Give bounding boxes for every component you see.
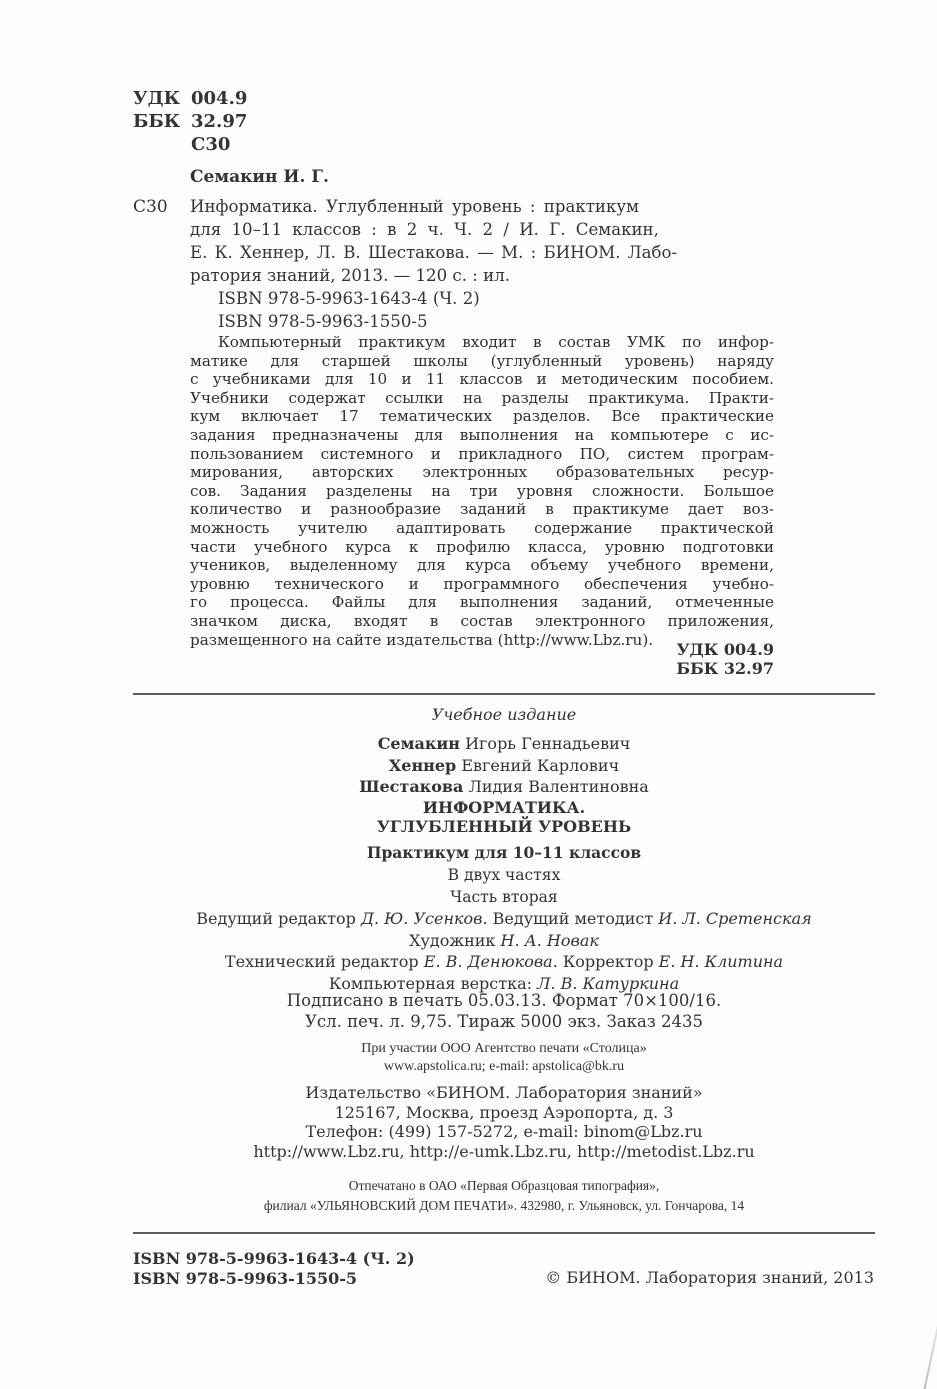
credit-role: Технический редактор xyxy=(225,952,419,971)
footer-isbn-list: ISBN 978-5-9963-1643-4 (Ч. 2) ISBN 978-5… xyxy=(133,1249,415,1289)
catalog-code: С30 xyxy=(133,197,168,217)
abstract-line: учеников, выделенному для курса объему у… xyxy=(190,556,774,575)
abstract-line: уровню технического и программного обесп… xyxy=(190,575,774,594)
classification-block: УДК004.9 ББК32.97 С30 xyxy=(133,87,247,156)
credit-name: Е. Н. Клитина xyxy=(659,952,783,971)
credits: Ведущий редактор Д. Ю. Усенков. Ведущий … xyxy=(133,908,875,994)
bbk-row: ББК32.97 xyxy=(133,110,247,133)
author-given-names: Лидия Валентиновна xyxy=(468,777,648,796)
agency-line: www.apstolica.ru; e-mail: apstolica@bk.r… xyxy=(133,1058,875,1076)
isbn-line: ISBN 978-5-9963-1550-5 xyxy=(133,1269,415,1289)
credits-line: Ведущий редактор Д. Ю. Усенков. Ведущий … xyxy=(133,908,875,930)
author-surname: Семакин xyxy=(378,734,460,753)
bib-line: Е. К. Хеннер, Л. В. Шестакова. — М. : БИ… xyxy=(190,241,774,264)
author-surname: Хеннер xyxy=(389,756,456,775)
agency-line: При участии ООО Агентство печати «Столиц… xyxy=(133,1040,875,1058)
credit-role: Ведущий редактор xyxy=(196,909,356,928)
catalog-isbn-list: ISBN 978-5-9963-1643-4 (Ч. 2) ISBN 978-5… xyxy=(218,287,480,333)
credit-role: Корректор xyxy=(563,952,654,971)
bbk-label: ББК xyxy=(133,110,191,133)
part-number: Часть вторая xyxy=(133,886,875,908)
print-info-line: Усл. печ. л. 9,75. Тираж 5000 экз. Заказ… xyxy=(133,1011,875,1032)
abstract-line: мирования, авторских электронных образов… xyxy=(190,463,774,482)
edition-type: Учебное издание xyxy=(133,705,875,724)
bib-line: Информатика. Углубленный уровень : практ… xyxy=(190,195,774,218)
title-line: ИНФОРМАТИКА. xyxy=(133,798,875,817)
print-info-line: Подписано в печать 05.03.13. Формат 70×1… xyxy=(133,990,875,1011)
abstract-line: значком диска, входят в состав электронн… xyxy=(190,612,774,631)
udk-bottom: УДК 004.9 xyxy=(676,640,774,659)
print-info: Подписано в печать 05.03.13. Формат 70×1… xyxy=(133,990,875,1032)
credits-line: Технический редактор Е. В. Денюкова. Кор… xyxy=(133,951,875,973)
publisher-contacts: Телефон: (499) 157-5272, e-mail: binom@L… xyxy=(133,1122,875,1142)
printer-line: Отпечатано в ОАО «Первая Образцовая типо… xyxy=(133,1176,875,1196)
abstract-line: го процесса. Файлы для выполнения задани… xyxy=(190,593,774,612)
parts-info: В двух частях Часть вторая xyxy=(133,864,875,908)
abstract-line: Учебники содержат ссылки на разделы прак… xyxy=(190,389,774,408)
authors-list: Семакин Игорь ГеннадьевичХеннер Евгений … xyxy=(133,733,875,798)
author: Шестакова Лидия Валентиновна xyxy=(133,776,875,798)
isbn-line: ISBN 978-5-9963-1550-5 xyxy=(218,310,480,333)
credit-name: И. Л. Сретенская xyxy=(658,909,811,928)
udk-value: 004.9 xyxy=(191,87,247,110)
isbn-line: ISBN 978-5-9963-1643-4 (Ч. 2) xyxy=(218,287,480,310)
abstract-line: кум включает 17 тематических разделов. В… xyxy=(190,407,774,426)
isbn-line: ISBN 978-5-9963-1643-4 (Ч. 2) xyxy=(133,1249,415,1269)
divider-bottom xyxy=(133,1232,875,1234)
udk-label: УДК xyxy=(133,87,191,110)
author-mark: С30 xyxy=(133,133,247,156)
printer-line: филиал «УЛЬЯНОВСКИЙ ДОМ ПЕЧАТИ». 432980,… xyxy=(133,1196,875,1216)
abstract-line: пользованием системного и прикладного ПО… xyxy=(190,445,774,464)
bibliographic-description: Информатика. Углубленный уровень : практ… xyxy=(190,195,774,287)
credit-name: Е. В. Денюкова. xyxy=(424,952,558,971)
author-given-names: Игорь Геннадьевич xyxy=(465,734,630,753)
abstract-line: с учебниками для 10 и 11 классов и метод… xyxy=(190,370,774,389)
copyright: © БИНОМ. Лаборатория знаний, 2013 xyxy=(545,1268,874,1287)
author: Семакин Игорь Геннадьевич xyxy=(133,733,875,755)
printer-info: Отпечатано в ОАО «Первая Образцовая типо… xyxy=(133,1176,875,1216)
publisher-name: Издательство «БИНОМ. Лаборатория знаний» xyxy=(133,1083,875,1103)
bib-line: ратория знаний, 2013. — 120 с. : ил. xyxy=(190,264,774,287)
credit-name: Д. Ю. Усенков. xyxy=(361,909,488,928)
credit-role: Ведущий методист xyxy=(493,909,654,928)
divider-top xyxy=(133,693,875,695)
abstract-line: можность учителю адаптировать содержание… xyxy=(190,519,774,538)
abstract: Компьютерный практикум входит в состав У… xyxy=(190,333,774,649)
book-subtitle: Практикум для 10–11 классов xyxy=(133,843,875,862)
catalog-author-heading: Семакин И. Г. xyxy=(190,167,329,187)
abstract-line: матике для старшей школы (углубленный ур… xyxy=(190,352,774,371)
abstract-line: задания предназначены для выполнения на … xyxy=(190,426,774,445)
parts-total: В двух частях xyxy=(133,864,875,886)
abstract-line: сов. Задания разделены на три уровня сло… xyxy=(190,482,774,501)
abstract-line: Компьютерный практикум входит в состав У… xyxy=(190,333,774,352)
credits-line: Художник Н. А. Новак xyxy=(133,930,875,952)
publisher-websites: http://www.Lbz.ru, http://e-umk.Lbz.ru, … xyxy=(133,1142,875,1162)
bbk-value: 32.97 xyxy=(191,110,247,133)
title-line: УГЛУБЛЕННЫЙ УРОВЕНЬ xyxy=(133,817,875,836)
author: Хеннер Евгений Карлович xyxy=(133,755,875,777)
bbk-bottom: ББК 32.97 xyxy=(676,659,774,678)
publisher-info: Издательство «БИНОМ. Лаборатория знаний»… xyxy=(133,1083,875,1161)
credit-role: Художник xyxy=(409,931,495,950)
credit-name: Н. А. Новак xyxy=(501,931,599,950)
agency-info: При участии ООО Агентство печати «Столиц… xyxy=(133,1040,875,1076)
author-surname: Шестакова xyxy=(359,777,463,796)
udk-row: УДК004.9 xyxy=(133,87,247,110)
bib-line: для 10–11 классов : в 2 ч. Ч. 2 / И. Г. … xyxy=(190,218,774,241)
classification-bottom: УДК 004.9 ББК 32.97 xyxy=(676,640,774,678)
abstract-line: части учебного курса к профилю класса, у… xyxy=(190,538,774,557)
author-given-names: Евгений Карлович xyxy=(461,756,619,775)
abstract-line: количество и разнообразие заданий в прак… xyxy=(190,500,774,519)
page-edge-shadow xyxy=(924,1300,937,1389)
book-title: ИНФОРМАТИКА. УГЛУБЛЕННЫЙ УРОВЕНЬ xyxy=(133,798,875,836)
publisher-address: 125167, Москва, проезд Аэропорта, д. 3 xyxy=(133,1103,875,1123)
